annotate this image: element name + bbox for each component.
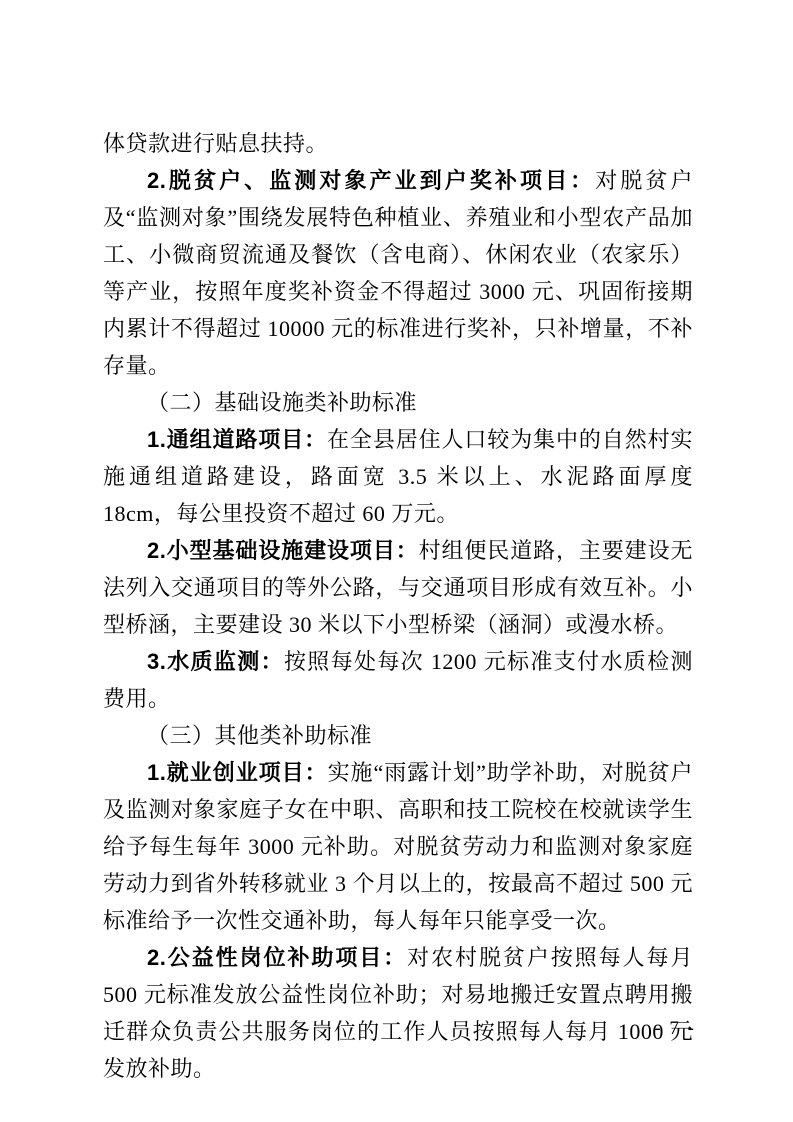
section-heading-infrastructure: （二）基础设施类补助标准 xyxy=(103,384,693,421)
paragraph-village-roads: 1.通组道路项目：在全县居住人口较为集中的自然村实施通组道路建设，路面宽 3.5… xyxy=(103,421,693,532)
paragraph-industry-reward: 2.脱贫户、监测对象产业到户奖补项目：对脱贫户及“监测对象”围绕发展特色种植业、… xyxy=(103,162,693,384)
section-heading-text: （二）基础设施类补助标准 xyxy=(147,390,417,415)
section-heading-other: （三）其他类补助标准 xyxy=(103,717,693,754)
paragraph-lead: 1.就业创业项目： xyxy=(147,760,328,785)
paragraph-employment: 1.就业创业项目：实施“雨露计划”助学补助，对脱贫户及监测对象家庭子女在中职、高… xyxy=(103,754,693,939)
paragraph-water-quality: 3.水质监测：按照每处每次 1200 元标准支付水质检测费用。 xyxy=(103,643,693,717)
paragraph-continuation: 体贷款进行贴息扶持。 xyxy=(103,125,693,162)
section-heading-text: （三）其他类补助标准 xyxy=(147,723,372,748)
document-body: 体贷款进行贴息扶持。 2.脱贫户、监测对象产业到户奖补项目：对脱贫户及“监测对象… xyxy=(103,125,693,1087)
paragraph-lead: 3.水质监测： xyxy=(147,649,284,674)
paragraph-small-infrastructure: 2.小型基础设施建设项目：村组便民道路，主要建设无法列入交通项目的等外公路，与交… xyxy=(103,532,693,643)
paragraph-lead: 2.小型基础设施建设项目： xyxy=(147,538,419,563)
paragraph-public-welfare-posts: 2.公益性岗位补助项目：对农村脱贫户按照每人每月 500 元标准发放公益性岗位补… xyxy=(103,939,693,1087)
paragraph-text: 体贷款进行贴息扶持。 xyxy=(103,131,328,156)
paragraph-text: 实施“雨露计划”助学补助，对脱贫户及监测对象家庭子女在中职、高职和技工院校在校就… xyxy=(103,760,693,933)
paragraph-text: 对脱贫户及“监测对象”围绕发展特色种植业、养殖业和小型农产品加工、小微商贸流通及… xyxy=(103,168,693,378)
paragraph-lead: 1.通组道路项目： xyxy=(147,427,327,452)
paragraph-lead: 2.脱贫户、监测对象产业到户奖补项目： xyxy=(147,168,595,193)
paragraph-lead: 2.公益性岗位补助项目： xyxy=(147,945,407,970)
document-page: 体贷款进行贴息扶持。 2.脱贫户、监测对象产业到户奖补项目：对脱贫户及“监测对象… xyxy=(0,0,793,1122)
page-number: - 7 - xyxy=(654,1018,696,1040)
